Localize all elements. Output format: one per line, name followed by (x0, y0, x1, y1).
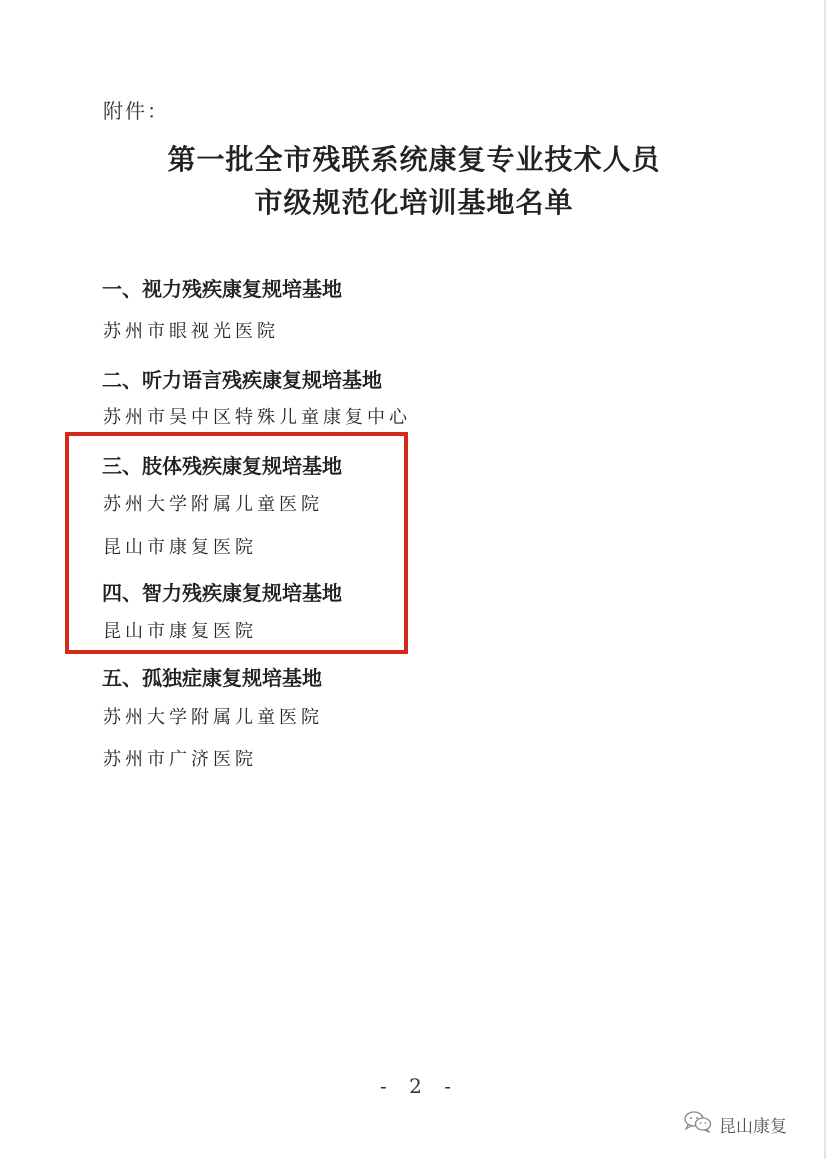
section-heading-physical: 三、肢体残疾康复规培基地 (102, 450, 342, 479)
document-title-line-1: 第一批全市残联系统康复专业技术人员 (0, 138, 828, 178)
wechat-icon (683, 1110, 713, 1139)
list-item: 苏州市广济医院 (103, 745, 257, 771)
list-item: 苏州市眼视光医院 (103, 317, 279, 343)
account-name: 昆山康复 (719, 1112, 787, 1137)
list-item: 苏州大学附属儿童医院 (103, 703, 323, 729)
attachment-label: 附件： (103, 95, 169, 124)
list-item: 昆山市康复医院 (103, 617, 257, 643)
page-number: - 2 - (380, 1074, 459, 1098)
section-heading-hearing-speech: 二、听力语言残疾康复规培基地 (102, 364, 382, 393)
section-heading-vision: 一、视力残疾康复规培基地 (102, 273, 342, 302)
list-item: 苏州市吴中区特殊儿童康复中心 (103, 403, 411, 429)
section-heading-autism: 五、孤独症康复规培基地 (102, 662, 322, 691)
list-item: 苏州大学附属儿童医院 (103, 490, 323, 516)
list-item: 昆山市康复医院 (103, 533, 257, 559)
section-heading-intellectual: 四、智力残疾康复规培基地 (102, 577, 342, 606)
watermark: 昆山康复 (683, 1110, 787, 1139)
document-title-line-2: 市级规范化培训基地名单 (0, 181, 828, 221)
